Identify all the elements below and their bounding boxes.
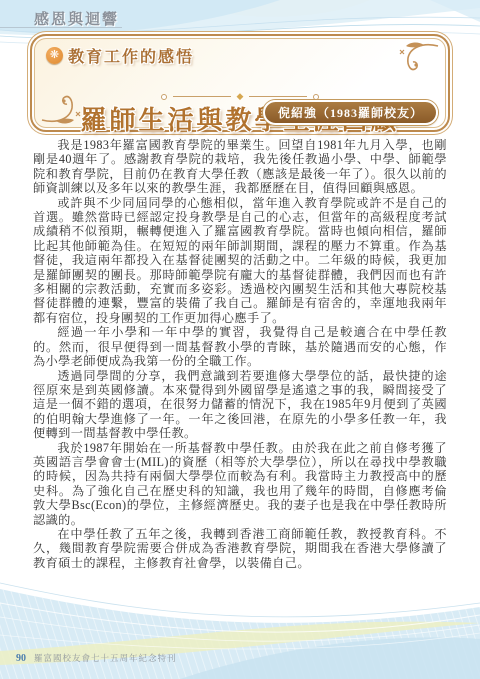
paragraph: 我於1987年開始在一所基督教中學任教。由於我在此之前自修考獲了英國語言學會會士… <box>33 441 447 527</box>
article-header-box: ❋ 教育工作的感悟 ◆ 羅師生活與教學生涯回顧 倪紹強（1983羅師校友） <box>30 34 450 132</box>
article-body: 我是1983年羅富國教育學院的畢業生。回望自1981年九月入學，也剛剛是40週年… <box>33 138 447 570</box>
section-underline-rule <box>0 27 122 28</box>
paragraph: 經過一年小學和一年中學的實習，我覺得自己是較適合在中學任教的。然而，很早便得到一… <box>33 325 447 368</box>
section-label: 感恩與迴響 <box>34 8 119 29</box>
paragraph: 透過同學間的分享，我們意識到若要進修大學學位的話，最快捷的途徑原來是到英國修讀。… <box>33 369 447 441</box>
divider-line <box>173 96 231 97</box>
category-label: 教育工作的感悟 <box>68 44 194 67</box>
category-row: ❋ 教育工作的感悟 <box>46 44 194 67</box>
page-footer: 90 羅富國校友會七十五周年紀念特刊 <box>16 652 177 664</box>
author-badge: 倪紹強（1983羅師校友） <box>263 100 438 125</box>
divider-line <box>249 96 307 97</box>
divider-dot-icon <box>313 94 319 100</box>
paragraph: 在中學任教了五年之後，我轉到香港工商師範任教，教授教育科。不久，幾間教育學院需要… <box>33 527 447 570</box>
divider-dot-icon <box>161 94 167 100</box>
flourish-ornament-icon <box>380 40 442 82</box>
paragraph: 我是1983年羅富國教育學院的畢業生。回望自1981年九月入學，也剛剛是40週年… <box>33 138 447 196</box>
publication-title: 羅富國校友會七十五周年紀念特刊 <box>34 652 177 664</box>
flower-icon: ❋ <box>46 47 63 64</box>
page-number: 90 <box>16 653 26 664</box>
document-page: 感恩與迴響 ❋ 教育工作的感悟 ◆ 羅師生活與教學生涯回顧 倪紹強（19 <box>0 0 480 679</box>
paragraph: 或許與不少同屆同學的心態相似，當年進入教育學院或許不是自己的首選。雖然當時已經認… <box>33 196 447 326</box>
